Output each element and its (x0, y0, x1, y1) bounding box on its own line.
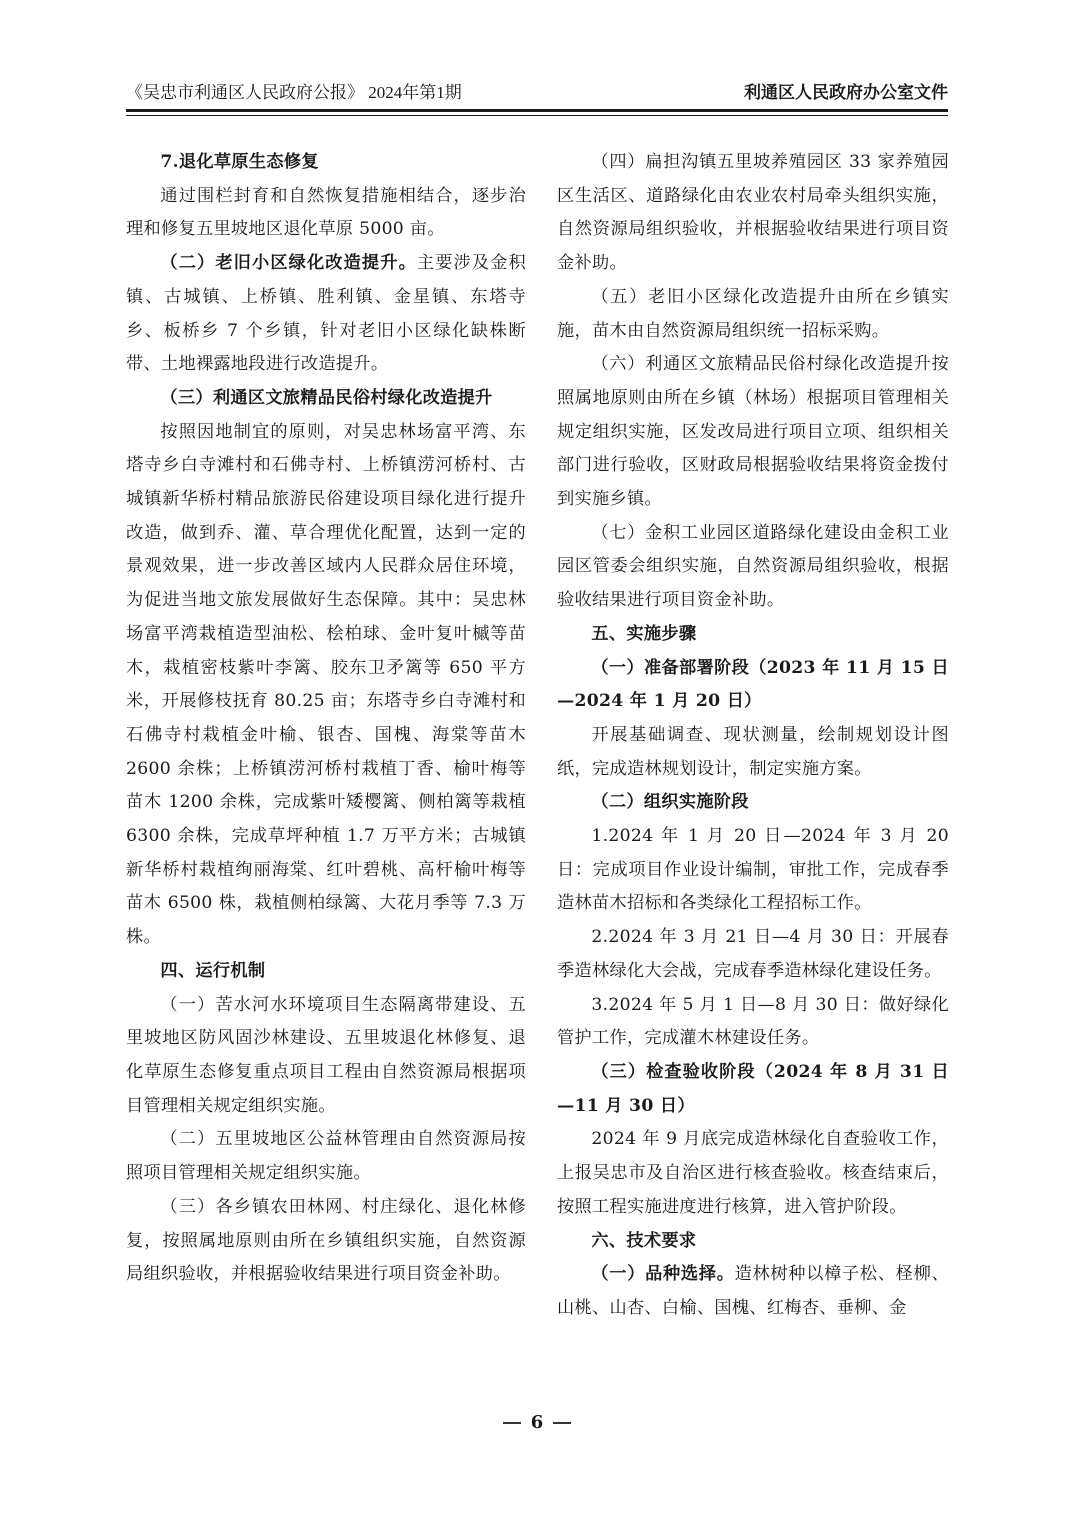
paragraph: （五）老旧小区绿化改造提升由所在乡镇实施，苗木由自然资源局组织统一招标采购。 (557, 281, 949, 348)
paragraph: 2024 年 9 月底完成造林绿化自查验收工作，上报吴忠市及自治区进行核查验收。… (557, 1123, 949, 1224)
section-heading: 六、技术要求 (557, 1225, 949, 1259)
section-heading: 五、实施步骤 (557, 618, 949, 652)
paragraph: （六）利通区文旅精品民俗村绿化改造提升按照属地原则由所在乡镇（林场）根据项目管理… (557, 348, 949, 517)
section-heading: （一）准备部署阶段（2023 年 11 月 15 日—2024 年 1 月 20… (557, 652, 949, 719)
page-number: 6 (531, 1412, 544, 1433)
paragraph: 按照因地制宜的原则，对吴忠林场富平湾、东塔寺乡白寺滩村和石佛寺村、上桥镇涝河桥村… (126, 416, 526, 955)
paragraph: （一）苦水河水环境项目生态隔离带建设、五里坡地区防风固沙林建设、五里坡退化林修复… (126, 989, 526, 1124)
paragraph: （七）金积工业园区道路绿化建设由金积工业园区管委会组织实施，自然资源局组织验收，… (557, 517, 949, 618)
section-heading: 四、运行机制 (126, 955, 526, 989)
header-rule-thin (126, 115, 948, 116)
paragraph: （二）五里坡地区公益林管理由自然资源局按照项目管理相关规定组织实施。 (126, 1123, 526, 1190)
paragraph: 3.2024 年 5 月 1 日—8 月 30 日：做好绿化管护工作，完成灌木林… (557, 989, 949, 1056)
paragraph-lead: （一）品种选择。 (591, 1264, 734, 1284)
right-column: （四）扁担沟镇五里坡养殖园区 33 家养殖园区生活区、道路绿化由农业农村局牵头组… (557, 146, 949, 1326)
footer-dash-left (503, 1422, 521, 1424)
section-heading: 7.退化草原生态修复 (126, 146, 526, 180)
paragraph: 1.2024 年 1 月 20 日—2024 年 3 月 20 日：完成项目作业… (557, 820, 949, 921)
section-title: 利通区人民政府办公室文件 (744, 78, 948, 103)
publication-title: 《吴忠市利通区人民政府公报》 2024年第1期 (126, 78, 462, 103)
header-rule-thick (126, 109, 948, 112)
page-footer: 6 (0, 1412, 1074, 1433)
left-column: 7.退化草原生态修复通过围栏封育和自然恢复措施相结合，逐步治理和修复五里坡地区退… (126, 146, 526, 1292)
paragraph: （三）各乡镇农田林网、村庄绿化、退化林修复，按照属地原则由所在乡镇组织实施，自然… (126, 1191, 526, 1292)
footer-dash-right (553, 1422, 571, 1424)
paragraph: （二）老旧小区绿化改造提升。主要涉及金积镇、古城镇、上桥镇、胜利镇、金星镇、东塔… (126, 247, 526, 382)
section-heading: （二）组织实施阶段 (557, 786, 949, 820)
paragraph-lead: （二）老旧小区绿化改造提升。 (160, 253, 417, 273)
running-header: 《吴忠市利通区人民政府公报》 2024年第1期 利通区人民政府办公室文件 (126, 78, 948, 108)
paragraph: （四）扁担沟镇五里坡养殖园区 33 家养殖园区生活区、道路绿化由农业农村局牵头组… (557, 146, 949, 281)
paragraph: （一）品种选择。造林树种以樟子松、柽柳、山桃、山杏、白榆、国槐、红梅杏、垂柳、金 (557, 1258, 949, 1325)
paragraph: 2.2024 年 3 月 21 日—4 月 30 日：开展春季造林绿化大会战，完… (557, 921, 949, 988)
section-heading: （三）利通区文旅精品民俗村绿化改造提升 (126, 382, 526, 416)
paragraph: 开展基础调查、现状测量，绘制规划设计图纸，完成造林规划设计，制定实施方案。 (557, 719, 949, 786)
section-heading: （三）检查验收阶段（2024 年 8 月 31 日—11 月 30 日） (557, 1056, 949, 1123)
paragraph: 通过围栏封育和自然恢复措施相结合，逐步治理和修复五里坡地区退化草原 5000 亩… (126, 180, 526, 247)
